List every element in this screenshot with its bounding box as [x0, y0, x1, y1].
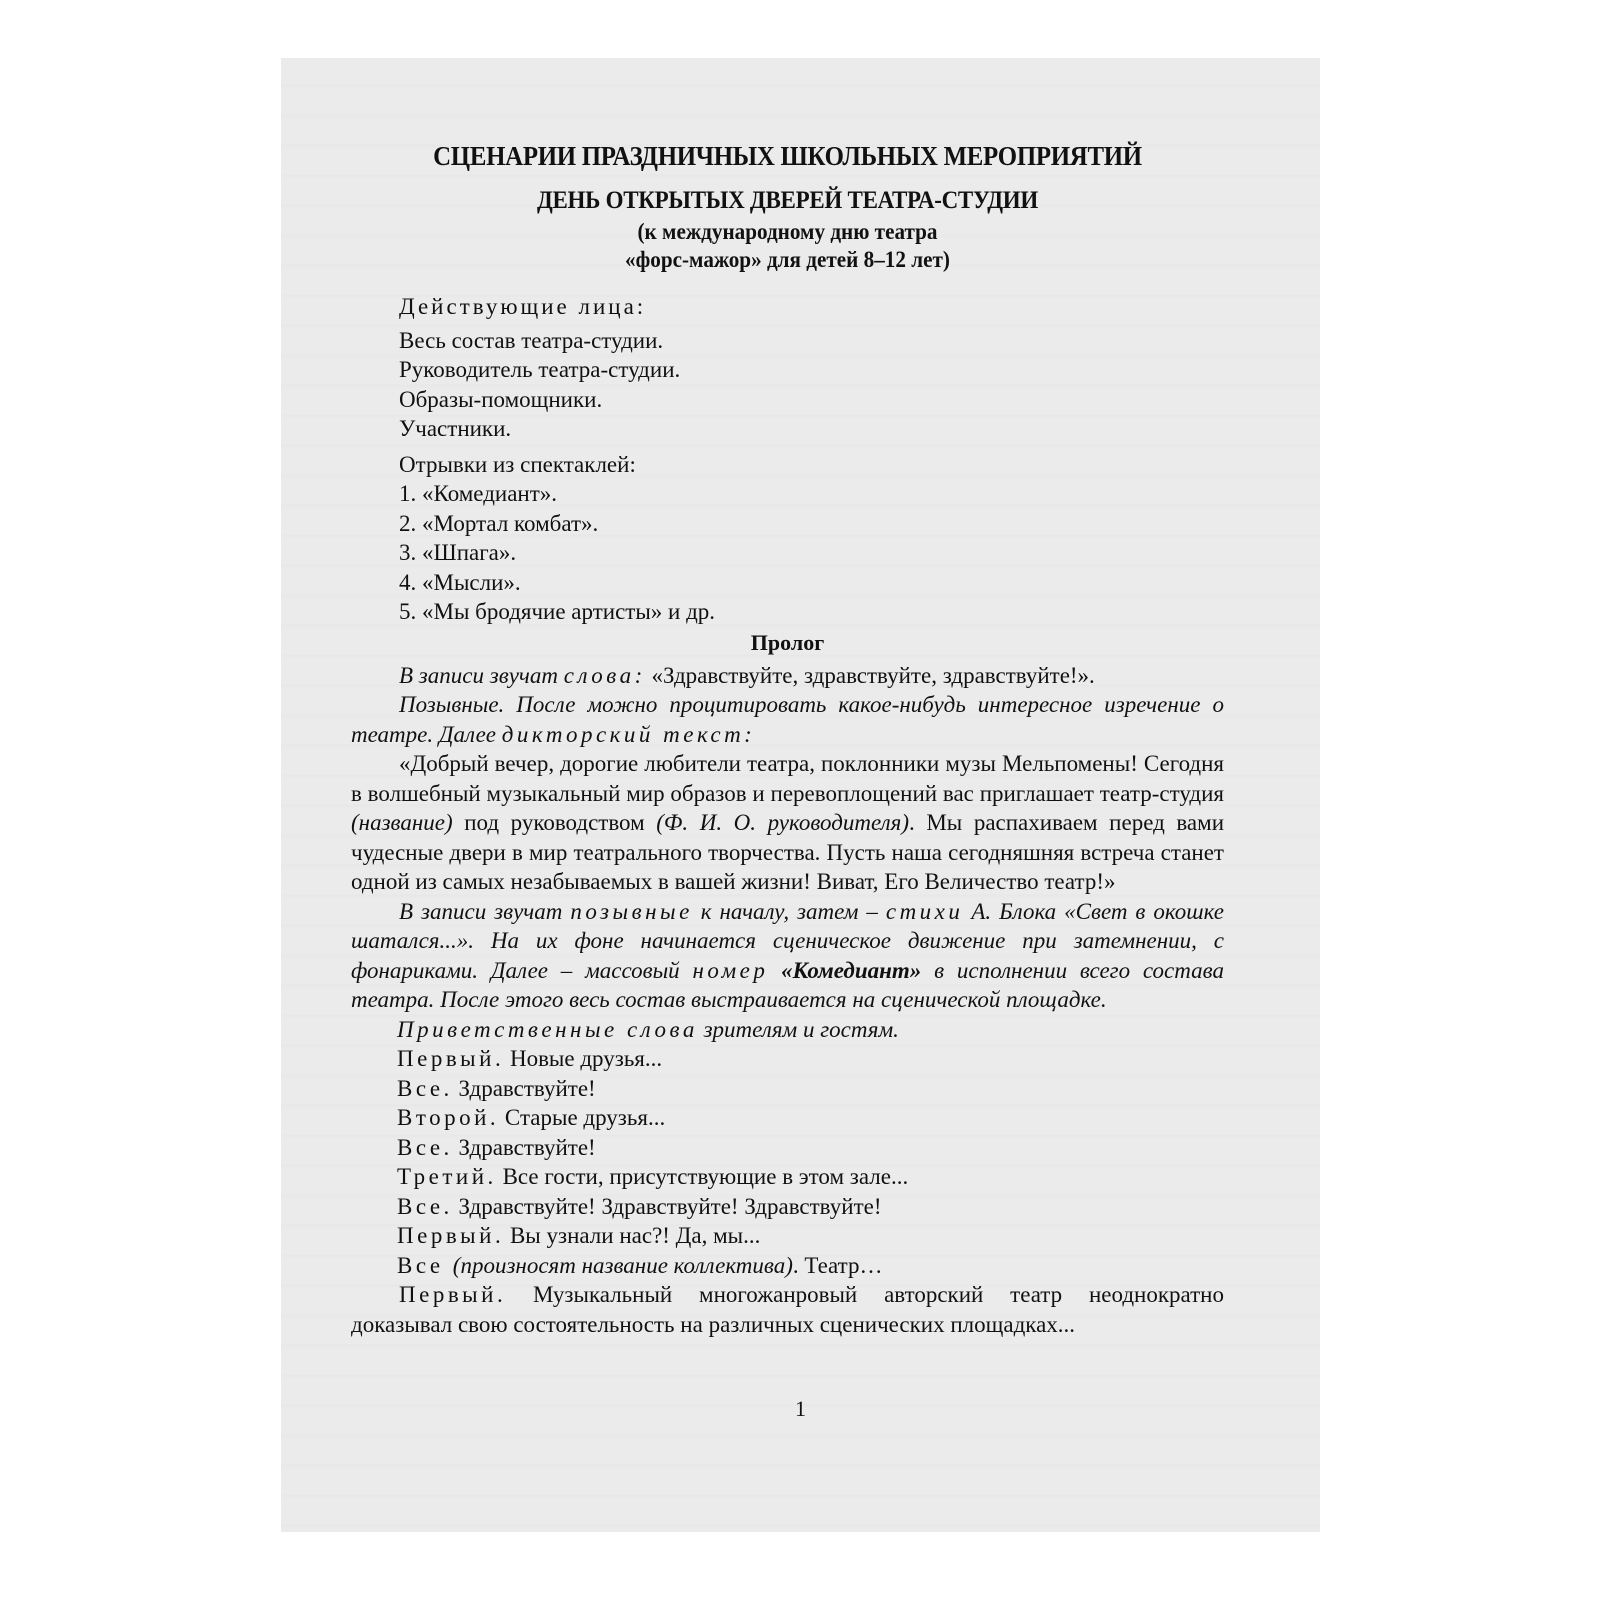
book-page: СЦЕНАРИИ ПРАЗДНИЧНЫХ ШКОЛЬНЫХ МЕРОПРИЯТИ…: [281, 58, 1320, 1532]
stage-direction-2: Позывные. После можно процитировать како…: [351, 690, 1224, 749]
announcer-speech: «Добрый вечер, дорогие любители театра, …: [351, 749, 1224, 897]
subtitle-line-2: «форс-мажор» для детей 8–12 лет): [386, 246, 1189, 274]
book-title: СЦЕНАРИИ ПРАЗДНИЧНЫХ ШКОЛЬНЫХ МЕРОПРИЯТИ…: [386, 138, 1189, 174]
subtitle-line-1: (к международному дню театра: [386, 218, 1189, 246]
excerpt-item: 4. «Мысли».: [399, 568, 1224, 598]
prolog-heading: Пролог: [351, 629, 1224, 657]
character-item: Образы-помощники.: [399, 385, 1224, 415]
excerpts-heading: Отрывки из спектаклей:: [399, 450, 1224, 480]
dialogue-line: Все. Здравствуйте! Здравствуйте! Здравст…: [397, 1192, 1224, 1222]
dialogue-line: Все. Здравствуйте!: [397, 1133, 1224, 1163]
excerpt-item: 5. «Мы бродячие артисты» и др.: [399, 597, 1224, 627]
scenario-title: ДЕНЬ ОТКРЫТЫХ ДВЕРЕЙ ТЕАТРА-СТУДИИ: [386, 184, 1189, 218]
excerpt-item: 1. «Комедиант».: [399, 479, 1224, 509]
dialogue-line: Третий. Все гости, присутствующие в этом…: [397, 1162, 1224, 1192]
dialogue-line: Все. Здравствуйте!: [397, 1074, 1224, 1104]
dialogue-line: Первый. Новые друзья...: [397, 1044, 1224, 1074]
greeting-direction: Приветственные слова зрителям и гостям.: [397, 1015, 1224, 1045]
characters-section: Действующие лица: Весь состав театра-сту…: [399, 292, 1224, 627]
characters-heading: Действующие лица:: [399, 292, 1224, 322]
character-item: Весь состав театра-студии.: [399, 326, 1224, 356]
dialogue: Первый. Новые друзья... Все. Здравствуйт…: [351, 1044, 1224, 1339]
excerpt-item: 2. «Мортал комбат».: [399, 509, 1224, 539]
page-content: СЦЕНАРИИ ПРАЗДНИЧНЫХ ШКОЛЬНЫХ МЕРОПРИЯТИ…: [351, 138, 1224, 1339]
dialogue-line: Первый. Вы узнали нас?! Да, мы...: [397, 1221, 1224, 1251]
stage-direction-1: В записи звучат слова: «Здравствуйте, зд…: [351, 661, 1224, 691]
excerpt-item: 3. «Шпага».: [399, 538, 1224, 568]
dialogue-line: Все (произносят название коллектива). Те…: [397, 1251, 1224, 1281]
dialogue-line: Второй. Старые друзья...: [397, 1103, 1224, 1133]
stage-direction-3: В записи звучат позывные к началу, затем…: [351, 897, 1224, 1015]
dialogue-final: Первый. Музыкальный многожанровый авторс…: [351, 1280, 1224, 1339]
character-item: Руководитель театра-студии.: [399, 355, 1224, 385]
page-number: 1: [281, 1396, 1320, 1422]
character-item: Участники.: [399, 414, 1224, 444]
